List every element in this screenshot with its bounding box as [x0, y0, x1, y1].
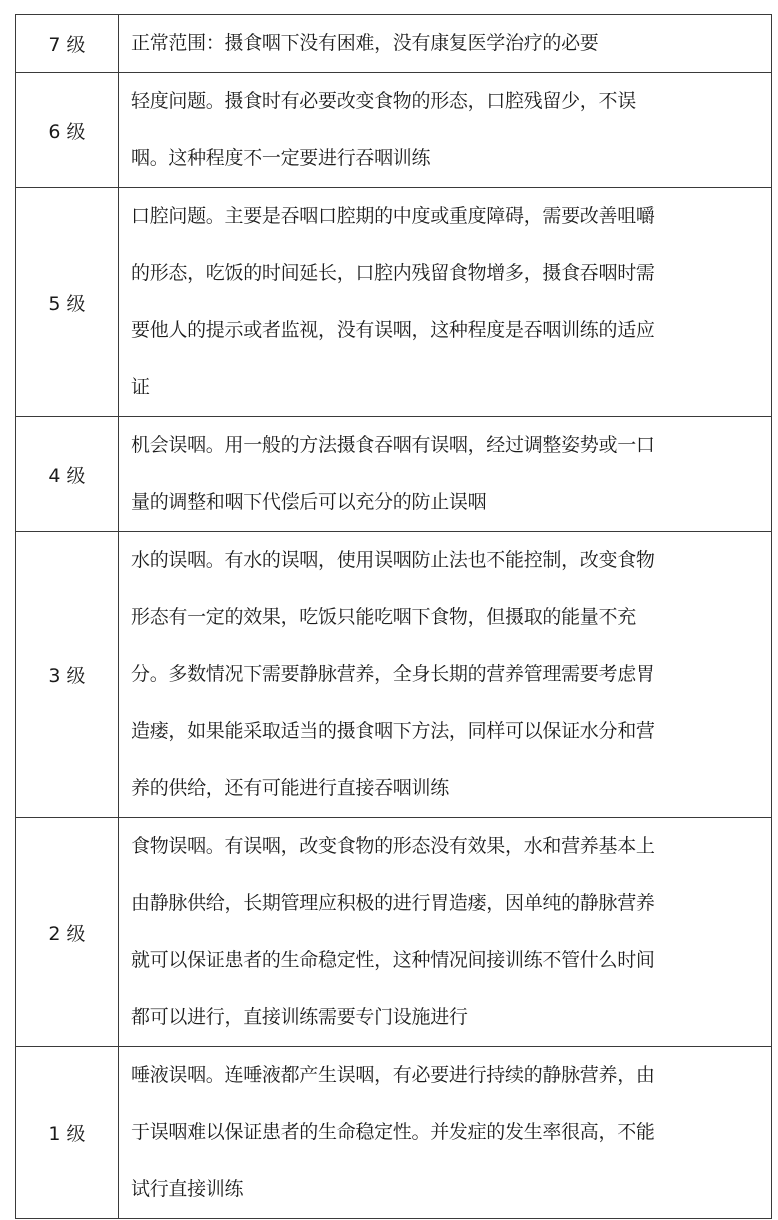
description-line: 正常范围：摄食咽下没有困难，没有康复医学治疗的必要 — [131, 15, 761, 72]
description-line: 养的供给，还有可能进行直接吞咽训练 — [131, 760, 761, 817]
table-row-grade-3: 3 级 水的误咽。有水的误咽，使用误咽防止法也不能控制，改变食物 形态有一定的效… — [16, 532, 772, 818]
description-line: 证 — [131, 359, 761, 416]
grade-level: 1 级 — [16, 1047, 119, 1219]
grade-description: 水的误咽。有水的误咽，使用误咽防止法也不能控制，改变食物 形态有一定的效果，吃饭… — [119, 532, 772, 818]
description-line: 造瘘，如果能采取适当的摄食咽下方法，同样可以保证水分和营 — [131, 703, 761, 760]
description-line: 形态有一定的效果，吃饭只能吃咽下食物，但摄取的能量不充 — [131, 589, 761, 646]
grade-level: 4 级 — [16, 417, 119, 532]
grade-description: 唾液误咽。连唾液都产生误咽，有必要进行持续的静脉营养，由 于误咽难以保证患者的生… — [119, 1047, 772, 1219]
grade-description: 机会误咽。用一般的方法摄食吞咽有误咽，经过调整姿势或一口 量的调整和咽下代偿后可… — [119, 417, 772, 532]
description-line: 口腔问题。主要是吞咽口腔期的中度或重度障碍，需要改善咀嚼 — [131, 188, 761, 245]
table-row-grade-4: 4 级 机会误咽。用一般的方法摄食吞咽有误咽，经过调整姿势或一口 量的调整和咽下… — [16, 417, 772, 532]
grade-description: 口腔问题。主要是吞咽口腔期的中度或重度障碍，需要改善咀嚼 的形态，吃饭的时间延长… — [119, 188, 772, 417]
grade-description: 正常范围：摄食咽下没有困难，没有康复医学治疗的必要 — [119, 15, 772, 73]
description-line: 的形态，吃饭的时间延长，口腔内残留食物增多，摄食吞咽时需 — [131, 245, 761, 302]
description-line: 于误咽难以保证患者的生命稳定性。并发症的发生率很高，不能 — [131, 1104, 761, 1161]
description-line: 分。多数情况下需要静脉营养，全身长期的营养管理需要考虑胃 — [131, 646, 761, 703]
table-row-grade-1: 1 级 唾液误咽。连唾液都产生误咽，有必要进行持续的静脉营养，由 于误咽难以保证… — [16, 1047, 772, 1219]
description-line: 由静脉供给，长期管理应积极的进行胃造瘘，因单纯的静脉营养 — [131, 875, 761, 932]
grade-description: 轻度问题。摄食时有必要改变食物的形态，口腔残留少，不误 咽。这种程度不一定要进行… — [119, 73, 772, 188]
grade-level: 3 级 — [16, 532, 119, 818]
description-line: 都可以进行，直接训练需要专门设施进行 — [131, 989, 761, 1046]
description-line: 食物误咽。有误咽，改变食物的形态没有效果，水和营养基本上 — [131, 818, 761, 875]
grade-description: 食物误咽。有误咽，改变食物的形态没有效果，水和营养基本上 由静脉供给，长期管理应… — [119, 818, 772, 1047]
description-line: 轻度问题。摄食时有必要改变食物的形态，口腔残留少，不误 — [131, 73, 761, 130]
dysphagia-grade-table: 7 级 正常范围：摄食咽下没有困难，没有康复医学治疗的必要 6 级 轻度问题。摄… — [15, 14, 772, 1219]
table-row-grade-5: 5 级 口腔问题。主要是吞咽口腔期的中度或重度障碍，需要改善咀嚼 的形态，吃饭的… — [16, 188, 772, 417]
description-line: 就可以保证患者的生命稳定性，这种情况间接训练不管什么时间 — [131, 932, 761, 989]
description-line: 唾液误咽。连唾液都产生误咽，有必要进行持续的静脉营养，由 — [131, 1047, 761, 1104]
description-line: 要他人的提示或者监视，没有误咽，这种程度是吞咽训练的适应 — [131, 302, 761, 359]
grade-level: 5 级 — [16, 188, 119, 417]
grade-level: 6 级 — [16, 73, 119, 188]
table-row-grade-7: 7 级 正常范围：摄食咽下没有困难，没有康复医学治疗的必要 — [16, 15, 772, 73]
grade-level: 7 级 — [16, 15, 119, 73]
description-line: 水的误咽。有水的误咽，使用误咽防止法也不能控制，改变食物 — [131, 532, 761, 589]
table-row-grade-2: 2 级 食物误咽。有误咽，改变食物的形态没有效果，水和营养基本上 由静脉供给，长… — [16, 818, 772, 1047]
description-line: 试行直接训练 — [131, 1161, 761, 1218]
description-line: 机会误咽。用一般的方法摄食吞咽有误咽，经过调整姿势或一口 — [131, 417, 761, 474]
description-line: 咽。这种程度不一定要进行吞咽训练 — [131, 130, 761, 187]
table-row-grade-6: 6 级 轻度问题。摄食时有必要改变食物的形态，口腔残留少，不误 咽。这种程度不一… — [16, 73, 772, 188]
grade-level: 2 级 — [16, 818, 119, 1047]
description-line: 量的调整和咽下代偿后可以充分的防止误咽 — [131, 474, 761, 531]
